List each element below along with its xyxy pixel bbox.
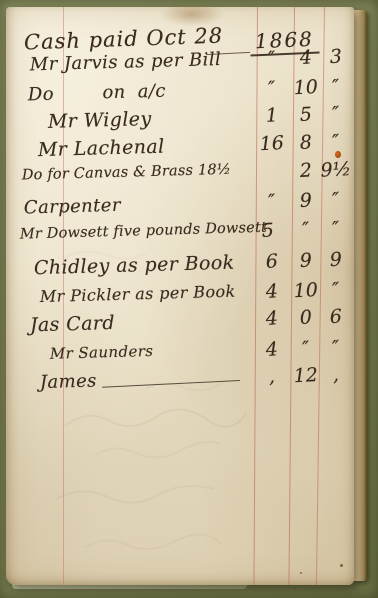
entry-shillings: 9 (299, 189, 312, 212)
entry-description: Do on a/c (28, 81, 167, 106)
entry-shillings: 9 (299, 249, 312, 272)
entry-description: Mr Saunders (50, 342, 154, 363)
entry-description: Carpenter (24, 195, 122, 219)
entry-shillings: 12 (293, 364, 318, 387)
entry-shillings: 10 (293, 76, 318, 99)
entry-description: Mr Lachenal (38, 136, 165, 162)
entry-shillings: 5 (299, 103, 312, 126)
entry-pounds: 4 (265, 307, 278, 330)
entry-shillings: 4 (299, 46, 312, 69)
entry-description: Mr Wigley (48, 108, 152, 133)
entry-pence: , (332, 364, 339, 386)
entry-shillings: ″ (302, 218, 310, 240)
entry-pounds: 16 (259, 132, 284, 155)
entry-pounds: 5 (261, 219, 274, 242)
entry-shillings: 2 (299, 159, 312, 182)
entry-pence: ″ (332, 189, 340, 211)
entry-shillings: 0 (299, 306, 312, 329)
paper-speck (340, 564, 343, 567)
entry-pounds: ″ (268, 77, 276, 99)
entry-pence: ″ (332, 279, 340, 301)
entry-shillings: 8 (299, 131, 312, 154)
entry-pounds: ″ (268, 190, 276, 212)
entry-pence: ″ (332, 103, 340, 125)
entry-pence: ″ (332, 337, 340, 359)
entry-pence: 9½ (320, 158, 352, 182)
ledger-dash (102, 380, 240, 388)
scanned-ledger-photo: Cash paid Oct 28 1868 Mr Jarvis as per B… (0, 0, 378, 598)
entry-pounds: 6 (265, 250, 278, 273)
entry-description: Mr Pickler as per Book (40, 282, 236, 306)
entry-pounds: ″ (268, 47, 276, 69)
entry-pounds: 4 (265, 338, 278, 361)
ink-stain (160, 2, 224, 26)
entry-pence: 3 (329, 45, 342, 68)
entry-description: Chidley as per Book (34, 252, 235, 280)
entry-description: Jas Card (30, 312, 116, 336)
entry-shillings: 10 (293, 279, 318, 302)
entry-shillings: ″ (302, 337, 310, 359)
entry-description: James (40, 370, 97, 393)
entry-pence: 9 (329, 248, 342, 271)
entry-pence: ″ (332, 218, 340, 240)
entry-pounds: 4 (265, 280, 278, 303)
paper-speck (300, 572, 302, 574)
entry-description: Mr Jarvis as per Bill (30, 49, 222, 75)
entry-pence: 6 (329, 305, 342, 328)
entry-pounds: 1 (265, 104, 278, 127)
entry-pence: ″ (332, 131, 340, 153)
entry-pounds: , (268, 365, 275, 387)
entry-pence: ″ (332, 76, 340, 98)
ledger-page: Cash paid Oct 28 1868 Mr Jarvis as per B… (6, 7, 354, 585)
